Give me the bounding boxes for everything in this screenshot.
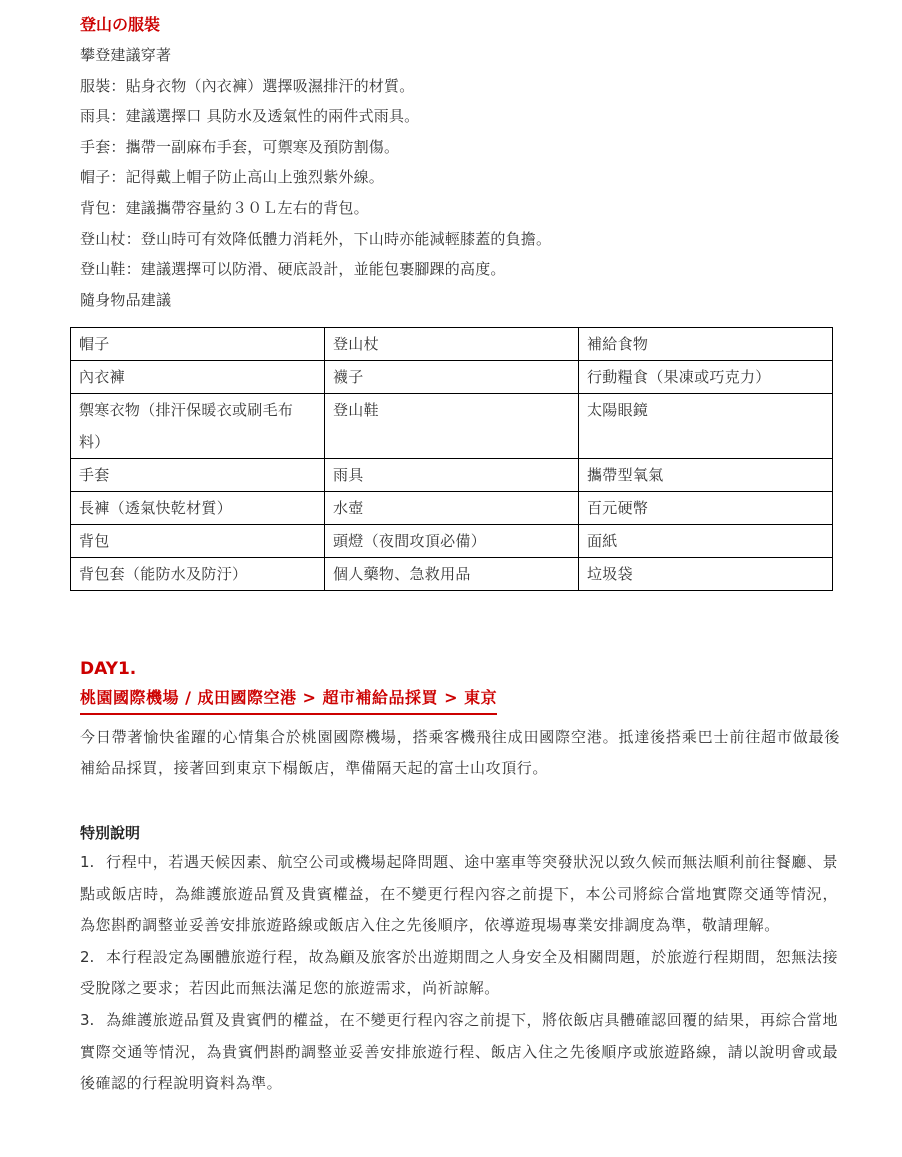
note-number: 2. [80, 942, 106, 974]
clothing-heading: 登山の服裝 [80, 10, 840, 40]
table-cell: 頭燈（夜間攻頂必備） [325, 525, 579, 558]
note-item: 3.為維護旅遊品質及貴賓們的權益，在不變更行程內容之前提下，將依飯店具體確認回覆… [80, 1005, 838, 1100]
table-row: 手套 雨具 攜帶型氧氣 [71, 459, 833, 492]
table-row: 禦寒衣物（排汗保暖衣或刷毛布料） 登山鞋 太陽眼鏡 [71, 394, 833, 459]
clothing-line: 帽子：記得戴上帽子防止高山上強烈紫外線。 [80, 162, 840, 193]
clothing-subheading: 攀登建議穿著 [80, 40, 840, 71]
table-row: 長褲（透氣快乾材質） 水壺 百元硬幣 [71, 492, 833, 525]
items-table: 帽子 登山杖 補給食物 內衣褲 襪子 行動糧食（果凍或巧克力） 禦寒衣物（排汗保… [70, 327, 833, 591]
table-cell: 太陽眼鏡 [579, 394, 833, 459]
day1-description: 今日帶著愉快雀躍的心情集合於桃園國際機場，搭乘客機飛往成田國際空港。抵達後搭乘巴… [80, 722, 840, 784]
table-row: 內衣褲 襪子 行動糧食（果凍或巧克力） [71, 361, 833, 394]
notes-list: 1.行程中，若遇天候因素、航空公司或機場起降問題、途中塞車等突發狀況以致久候而無… [80, 847, 838, 1100]
table-cell: 手套 [71, 459, 325, 492]
note-item: 1.行程中，若遇天候因素、航空公司或機場起降問題、途中塞車等突發狀況以致久候而無… [80, 847, 838, 942]
table-cell: 垃圾袋 [579, 558, 833, 591]
table-cell: 帽子 [71, 328, 325, 361]
table-cell: 雨具 [325, 459, 579, 492]
table-cell: 背包 [71, 525, 325, 558]
note-number: 3. [80, 1005, 106, 1037]
table-cell: 面紙 [579, 525, 833, 558]
clothing-line: 登山鞋：建議選擇可以防滑、硬底設計，並能包裹腳踝的高度。 [80, 254, 840, 285]
table-cell: 攜帶型氧氣 [579, 459, 833, 492]
table-cell: 內衣褲 [71, 361, 325, 394]
table-cell: 登山杖 [325, 328, 579, 361]
table-cell: 水壺 [325, 492, 579, 525]
clothing-line: 登山杖：登山時可有效降低體力消耗外，下山時亦能減輕膝蓋的負擔。 [80, 224, 840, 255]
note-text: 本行程設定為團體旅遊行程，故為顧及旅客於出遊期間之人身安全及相關問題，於旅遊行程… [80, 948, 838, 998]
note-number: 1. [80, 847, 106, 879]
table-cell: 禦寒衣物（排汗保暖衣或刷毛布料） [71, 394, 325, 459]
clothing-line: 服裝：貼身衣物（內衣褲）選擇吸濕排汗的材質。 [80, 71, 840, 102]
table-cell: 登山鞋 [325, 394, 579, 459]
clothing-line: 手套：攜帶一副麻布手套，可禦寒及預防割傷。 [80, 132, 840, 163]
note-item: 2.本行程設定為團體旅遊行程，故為顧及旅客於出遊期間之人身安全及相關問題，於旅遊… [80, 942, 838, 1005]
clothing-section: 登山の服裝 攀登建議穿著 服裝：貼身衣物（內衣褲）選擇吸濕排汗的材質。 雨具：建… [80, 10, 840, 315]
table-row: 背包 頭燈（夜間攻頂必備） 面紙 [71, 525, 833, 558]
day1-title: DAY1. [80, 655, 497, 683]
table-cell: 背包套（能防水及防汙） [71, 558, 325, 591]
note-text: 為維護旅遊品質及貴賓們的權益，在不變更行程內容之前提下，將依飯店具體確認回覆的結… [80, 1011, 838, 1092]
notes-title: 特別說明 [80, 818, 140, 848]
clothing-line: 雨具：建議選擇口 具防水及透氣性的兩件式雨具。 [80, 101, 840, 132]
table-cell: 補給食物 [579, 328, 833, 361]
day1-route: 桃園國際機場 / 成田國際空港 > 超市補給品採買 > 東京 [80, 683, 497, 715]
table-cell: 長褲（透氣快乾材質） [71, 492, 325, 525]
table-row: 帽子 登山杖 補給食物 [71, 328, 833, 361]
items-heading: 隨身物品建議 [80, 285, 840, 316]
table-cell: 襪子 [325, 361, 579, 394]
day1-header: DAY1. 桃園國際機場 / 成田國際空港 > 超市補給品採買 > 東京 [80, 655, 497, 715]
table-cell: 行動糧食（果凍或巧克力） [579, 361, 833, 394]
table-cell: 個人藥物、急救用品 [325, 558, 579, 591]
clothing-line: 背包：建議攜帶容量約３０Ｌ左右的背包。 [80, 193, 840, 224]
table-cell: 百元硬幣 [579, 492, 833, 525]
table-row: 背包套（能防水及防汙） 個人藥物、急救用品 垃圾袋 [71, 558, 833, 591]
note-text: 行程中，若遇天候因素、航空公司或機場起降問題、途中塞車等突發狀況以致久候而無法順… [80, 853, 838, 934]
